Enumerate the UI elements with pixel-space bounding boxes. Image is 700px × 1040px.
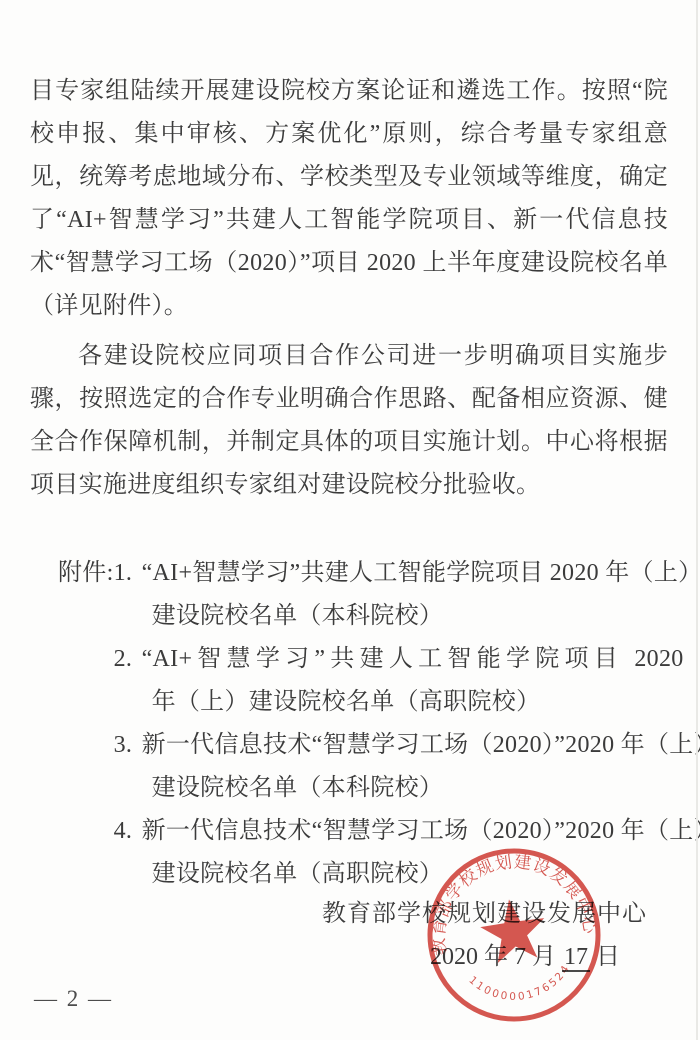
signature-organization: 教育部学校规划建设发展中心 <box>322 893 647 928</box>
body-paragraph-2: 各建设院校应同项目合作公司进一步明确项目实施步骤，按照选定的合作专业明确合作思路… <box>30 335 668 507</box>
signature-date: 2020 年 7 月 17 日 <box>430 936 620 972</box>
attachment-text-continuation: 建设院校名单（高职院校） <box>114 853 684 896</box>
attachment-text: 新一代信息技术“智慧学习工场（2020）”2020 年（上） <box>142 732 700 758</box>
signature-date-suffix: 日 <box>590 944 620 970</box>
signature-date-prefix: 2020 年 7 月 <box>430 944 562 970</box>
attachment-text-continuation: 年（上）建设院校名单（高职院校） <box>114 681 684 724</box>
attachment-number: 1. <box>114 552 142 595</box>
document-body: 目专家组陆续开展建设院校方案论证和遴选工作。按照“院校申报、集中审核、方案优化”… <box>30 70 668 896</box>
attachment-item-1: 1.“AI+智慧学习”共建人工智能学院项目 2020 年（上） 建设院校名单（本… <box>114 552 684 638</box>
attachment-text-continuation: 建设院校名单（本科院校） <box>114 595 684 638</box>
attachment-text: “AI+智慧学习”共建人工智能学院项目 2020 <box>142 646 684 672</box>
attachment-item-3: 3.新一代信息技术“智慧学习工场（2020）”2020 年（上） 建设院校名单（… <box>114 724 684 810</box>
body-paragraph-1: 目专家组陆续开展建设院校方案论证和遴选工作。按照“院校申报、集中审核、方案优化”… <box>30 70 668 328</box>
attachment-number: 4. <box>114 810 142 853</box>
attachment-text-continuation: 建设院校名单（本科院校） <box>114 767 684 810</box>
attachment-text: “AI+智慧学习”共建人工智能学院项目 2020 年（上） <box>142 560 700 586</box>
scanned-document-page: 目专家组陆续开展建设院校方案论证和遴选工作。按照“院校申报、集中审核、方案优化”… <box>0 0 700 1040</box>
signature-date-day: 17 <box>562 944 590 972</box>
attachments-list: 1.“AI+智慧学习”共建人工智能学院项目 2020 年（上） 建设院校名单（本… <box>114 552 684 896</box>
attachment-number: 3. <box>114 724 142 767</box>
attachments-label: 附件: <box>58 552 114 896</box>
attachment-text: 新一代信息技术“智慧学习工场（2020）”2020 年（上） <box>142 818 700 844</box>
scan-edge-artifact <box>696 0 698 1040</box>
attachments-section: 附件: 1.“AI+智慧学习”共建人工智能学院项目 2020 年（上） 建设院校… <box>30 552 668 896</box>
attachment-item-4: 4.新一代信息技术“智慧学习工场（2020）”2020 年（上） 建设院校名单（… <box>114 810 684 896</box>
attachment-number: 2. <box>114 638 142 681</box>
attachment-item-2: 2.“AI+智慧学习”共建人工智能学院项目 2020 年（上）建设院校名单（高职… <box>114 638 684 724</box>
page-number: — 2 — <box>34 986 113 1012</box>
